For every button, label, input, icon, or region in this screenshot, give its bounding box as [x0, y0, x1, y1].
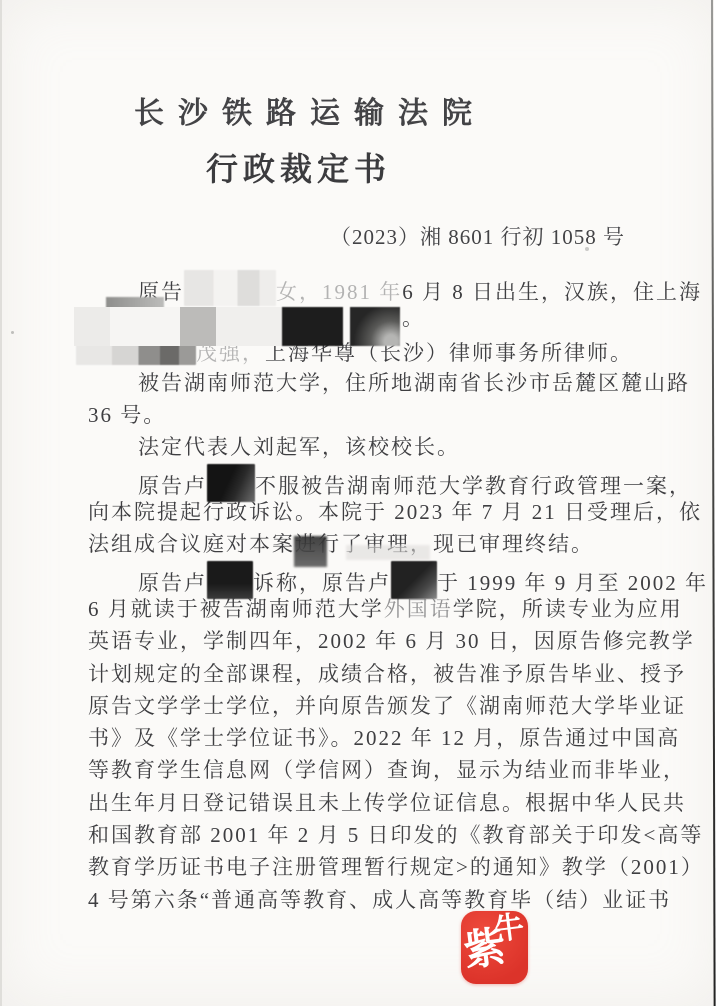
doc-line: 和国教育部 2001 年 2 月 5 日印发的《教育部关于印发<高等 — [88, 819, 654, 851]
doc-line: 4 号第六条“普通高等教育、成人高等教育毕（结）业证书 — [88, 884, 654, 916]
doc-line: 英语专业，学制四年，2002 年 6 月 30 日，因原告修完教学 — [88, 625, 654, 657]
line-text: 原告文学学士学位，并向原告颁发了《湖南师范大学毕业证 — [88, 694, 686, 718]
redaction-plaintiff-name — [184, 270, 276, 306]
redaction-block — [110, 307, 180, 346]
line-text-dim: 外国语 — [384, 597, 453, 621]
redaction-plaintiff-given-name — [391, 561, 437, 599]
line-text: 诉称，原告卢 — [253, 571, 391, 595]
line-text: 原告卢 — [138, 474, 207, 498]
case-number: （2023）湘 8601 行初 1058 号 — [330, 221, 625, 251]
line-text: 。 — [402, 306, 425, 330]
doc-line-defendant: 被告湖南师范大学，住所地湖南省长沙市岳麓区麓山路 — [88, 367, 654, 399]
line-text: 原告卢 — [138, 571, 207, 595]
line-text: 向本院提起行政诉讼。本院于 2023 年 7 月 21 日受理后，依 — [88, 500, 702, 524]
doc-line: 教育学历证书电子注册管理暂行规定>的通知》教学（2001） — [88, 851, 654, 883]
line-text: 4 号第六条“普通高等教育、成人高等教育毕（结）业证书 — [88, 888, 671, 912]
line-text: 和国教育部 2001 年 2 月 5 日印发的《教育部关于印发<高等 — [88, 823, 703, 847]
redaction-block-dark — [350, 307, 400, 346]
line-text: 法组成合议庭对本案进行了审理，现已审理终结。 — [88, 532, 594, 556]
doc-line-legal-rep: 法定代表人刘起军，该校校长。 — [88, 431, 654, 463]
scan-speck — [11, 331, 14, 334]
redaction-block — [180, 307, 216, 346]
doc-line: 计划规定的全部课程，成绩合格，被告准予原告毕业、授予 — [88, 658, 654, 690]
ziniu-news-logo: 紫 牛 — [461, 911, 528, 984]
doc-line-claim: 原告卢诉称，原告卢于 1999 年 9 月至 2002 年 — [88, 561, 654, 593]
redaction-smudge — [294, 536, 327, 567]
redaction-block — [346, 545, 430, 560]
scan-speck — [585, 247, 589, 251]
doc-line: 向本院提起行政诉讼。本院于 2023 年 7 月 21 日受理后，依 — [88, 496, 654, 528]
line-text: 计划规定的全部课程，成绩合格，被告准予原告毕业、授予 — [88, 662, 686, 686]
line-text-faint: 女，1981 年 — [276, 280, 402, 304]
line-text: 不服被告湖南师范大学教育行政管理一案， — [255, 474, 692, 498]
doc-line-plaintiff: 原告女，1981 年6 月 8 日出生，汉族，住上海 — [88, 270, 654, 302]
line-text: 6 月就读于被告湖南师范大学 — [88, 597, 384, 621]
redaction-plaintiff-given-name — [207, 561, 253, 599]
line-text: 书》及《学士学位证书》。2022 年 12 月，原告通过中国高 — [88, 726, 680, 750]
logo-char: 牛 — [492, 912, 525, 945]
line-text: 等教育学生信息网（学信网）查询，显示为结业而非毕业， — [88, 758, 686, 782]
doc-line: 原告文学学士学位，并向原告颁发了《湖南师范大学毕业证 — [88, 690, 654, 722]
line-text: 学院，所读专业为应用 — [453, 597, 683, 621]
document-body: 原告女，1981 年6 月 8 日出生，汉族，住上海 。 茂强，上海华尊（长沙）… — [88, 270, 654, 916]
line-text: 被告湖南师范大学，住所地湖南省长沙市岳麓区麓山路 — [138, 371, 690, 395]
line-text: 法定代表人刘起军，该校校长。 — [138, 435, 460, 459]
line-text: 出生年月日登记错误且未上传学位证信息。根据中华人民共 — [88, 791, 686, 815]
doc-line: 出生年月日登记错误且未上传学位证信息。根据中华人民共 — [88, 787, 654, 819]
redaction-block — [74, 307, 110, 346]
scan-speck — [233, 112, 236, 116]
doc-line: 等教育学生信息网（学信网）查询，显示为结业而非毕业， — [88, 754, 654, 786]
line-text: 英语专业，学制四年，2002 年 6 月 30 日，因原告修完教学 — [88, 629, 695, 653]
court-name: 长沙铁路运输法院 — [134, 88, 486, 132]
line-text: 教育学历证书电子注册管理暂行规定>的通知》教学（2001） — [88, 855, 704, 879]
doc-line: 6 月就读于被告湖南师范大学外国语学院，所读专业为应用 — [88, 593, 654, 625]
doc-line-case-intro: 原告卢不服被告湖南师范大学教育行政管理一案， — [88, 464, 654, 496]
scanned-court-document: 长沙铁路运输法院 行政裁定书 （2023）湘 8601 行初 1058 号 原告… — [0, 0, 720, 1006]
line-text: 6 月 8 日出生，汉族，住上海 — [402, 280, 702, 304]
redaction-block — [216, 307, 282, 346]
line-text: 于 1999 年 9 月至 2002 年 — [437, 571, 708, 595]
redaction-block-dark — [282, 307, 343, 346]
redaction-plaintiff-given-name — [207, 464, 255, 502]
doc-line: 书》及《学士学位证书》。2022 年 12 月，原告通过中国高 — [88, 722, 654, 754]
scan-edge-left — [0, 0, 2, 1006]
doc-line: 36 号。 — [88, 399, 654, 431]
document-title: 行政裁定书 — [206, 144, 391, 190]
line-text: 36 号。 — [88, 403, 166, 427]
